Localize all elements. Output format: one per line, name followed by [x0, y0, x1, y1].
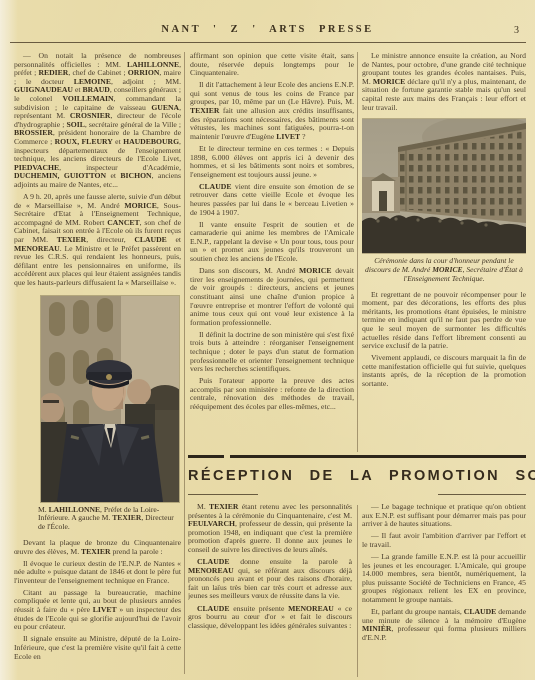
column-divider-left — [184, 52, 185, 674]
paragraph: Et, parlant du groupe nantais, CLAUDE de… — [362, 608, 526, 642]
paragraph: — Il faut avoir l'ambition d'arriver par… — [362, 532, 526, 549]
middle-column-text: affirmant son opinion que cette visite é… — [190, 52, 354, 412]
paragraph: Il vante ensuite l'esprit de soutien et … — [190, 221, 354, 264]
paragraph: Il évoque le curieux destin de l'E.N.P. … — [14, 560, 181, 586]
photo-prefect-lahillonne — [41, 296, 179, 502]
headline-underline-left — [188, 494, 258, 495]
paragraph: Citant au passage la bureaucratie, machi… — [14, 589, 181, 632]
paragraph: Vivement applaudi, ce discours marquait … — [362, 354, 526, 388]
column-left: — On notait la présence de nombreuses pe… — [14, 52, 181, 676]
paragraph: CLAUDE ensuite présente MENOREAU « ce gr… — [188, 605, 352, 631]
section-column-right: — Le bagage technique et pratique qu'on … — [362, 503, 526, 679]
section-headline: RÉCEPTION DE LA PROMOTION SORTANTE — [188, 468, 526, 484]
right-column-bottom-text: Et regrettant de ne pouvoir récompenser … — [362, 291, 526, 389]
paragraph: Le ministre annonce ensuite la création,… — [362, 52, 526, 112]
paragraph: Puis l'orateur apporte la preuve des act… — [190, 377, 354, 411]
paragraph: affirmant son opinion que cette visite é… — [190, 52, 354, 78]
photo-caption-ceremony: Cérémonie dans la cour d'honneur pendant… — [364, 257, 524, 283]
headline-underline-right — [438, 494, 526, 495]
paragraph: Il dit l'attachement à leur Ecole des an… — [190, 81, 354, 141]
column-middle: affirmant son opinion que cette visite é… — [190, 52, 354, 454]
newspaper-page: NANT ' Z ' ARTS PRESSE 3 — On notait la … — [0, 0, 535, 680]
left-column-top-text: — On notait la présence de nombreuses pe… — [14, 52, 181, 288]
masthead-title: NANT ' Z ' ARTS PRESSE — [0, 24, 535, 35]
masthead-rule — [10, 42, 526, 43]
paragraph: CLAUDE donne ensuite la parole à MENOREA… — [188, 558, 352, 601]
paragraph: Il définit la doctrine de son ministère … — [190, 331, 354, 374]
photo-courtyard-ceremony — [362, 119, 526, 253]
paragraph: Dans son discours, M. André MORICE devai… — [190, 267, 354, 327]
paragraph: Et le directeur termine en ces termes : … — [190, 145, 354, 179]
paragraph: M. TEXIER étant retenu avec les personna… — [188, 503, 352, 555]
paragraph: — Le bagage technique et pratique qu'on … — [362, 503, 526, 529]
paragraph: — On notait la présence de nombreuses pe… — [14, 52, 181, 190]
reception-section: RÉCEPTION DE LA PROMOTION SORTANTE M. TE… — [188, 455, 526, 680]
left-column-bottom-text: Devant la plaque de bronze du Cinquanten… — [14, 539, 181, 661]
paragraph: — La grande famille E.N.P. est là pour a… — [362, 553, 526, 605]
paragraph: CLAUDE vient dire ensuite son émotion de… — [190, 183, 354, 217]
paragraph: Devant la plaque de bronze du Cinquanten… — [14, 539, 181, 556]
photo-caption-lahillonne: M. LAHILLONNE, Préfet de la Loire-Inféri… — [38, 506, 181, 532]
paragraph: Il signale ensuite au Ministre, député d… — [14, 635, 181, 661]
section-top-rule — [188, 455, 526, 458]
section-column-left: M. TEXIER étant retenu avec les personna… — [188, 503, 352, 679]
paragraph: Et regrettant de ne pouvoir récompenser … — [362, 291, 526, 351]
column-right: Le ministre annonce ensuite la création,… — [362, 52, 526, 454]
page-number: 3 — [514, 25, 519, 36]
column-divider-right — [357, 52, 358, 452]
paragraph: A 9 h. 20, après une fausse alerte, suiv… — [14, 193, 181, 288]
